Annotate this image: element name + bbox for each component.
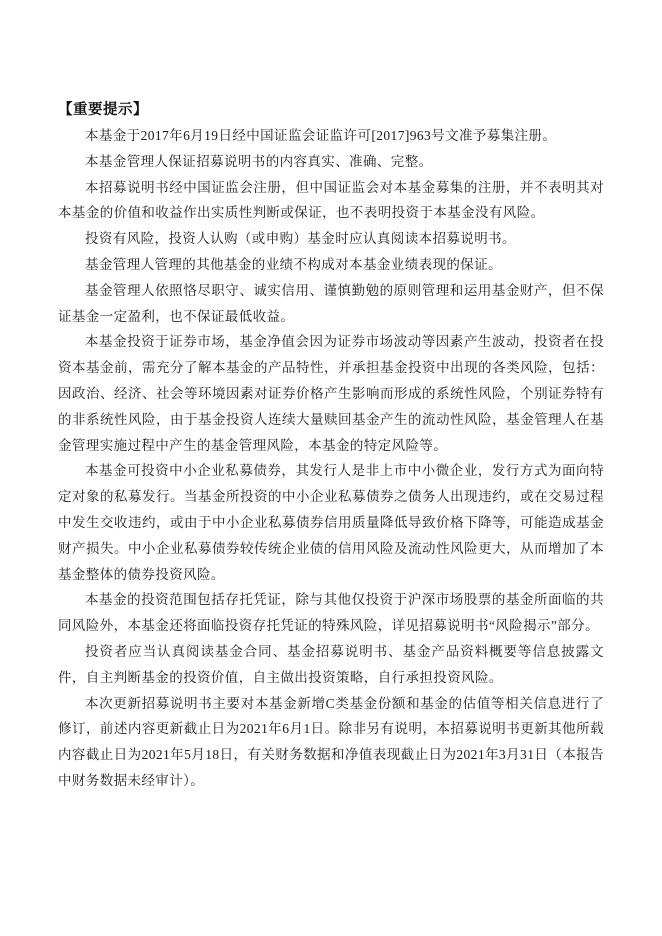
paragraph-investor-duty: 投资者应当认真阅读基金合同、基金招募说明书、基金产品资料概要等信息披露文件，自主… <box>58 639 604 691</box>
paragraph-manager-guarantee: 本基金管理人保证招募说明书的内容真实、准确、完整。 <box>58 149 604 175</box>
document-content: 【重要提示】 本基金于2017年6月19日经中国证监会证监许可[2017]963… <box>58 97 604 794</box>
paragraph-other-funds: 基金管理人管理的其他基金的业绩不构成对本基金业绩表现的保证。 <box>58 252 604 278</box>
paragraph-investment-risk: 投资有风险，投资人认购（或申购）基金时应认真阅读本招募说明书。 <box>58 226 604 252</box>
paragraph-depositary-receipts: 本基金的投资范围包括存托凭证，除与其他仅投资于沪深市场股票的基金所面临的共同风险… <box>58 587 604 639</box>
paragraph-csrc-registration: 本招募说明书经中国证监会注册，但中国证监会对本基金募集的注册，并不表明其对本基金… <box>58 175 604 227</box>
paragraph-update-scope: 本次更新招募说明书主要对本基金新增C类基金份额和基金的估值等相关信息进行了修订，… <box>58 691 604 794</box>
document-page: 【重要提示】 本基金于2017年6月19日经中国证监会证监许可[2017]963… <box>0 0 662 936</box>
paragraph-diligence: 基金管理人依照恪尽职守、诚实信用、谨慎勤勉的原则管理和运用基金财产，但不保证基金… <box>58 278 604 330</box>
paragraph-sme-private-bonds: 本基金可投资中小企业私募债券，其发行人是非上市中小微企业，发行方式为面向特定对象… <box>58 458 604 587</box>
paragraph-registration: 本基金于2017年6月19日经中国证监会证监许可[2017]963号文准予募集注… <box>58 123 604 149</box>
paragraph-market-risks: 本基金投资于证券市场，基金净值会因为证券市场波动等因素产生波动，投资者在投资本基… <box>58 329 604 458</box>
section-heading: 【重要提示】 <box>58 97 604 123</box>
